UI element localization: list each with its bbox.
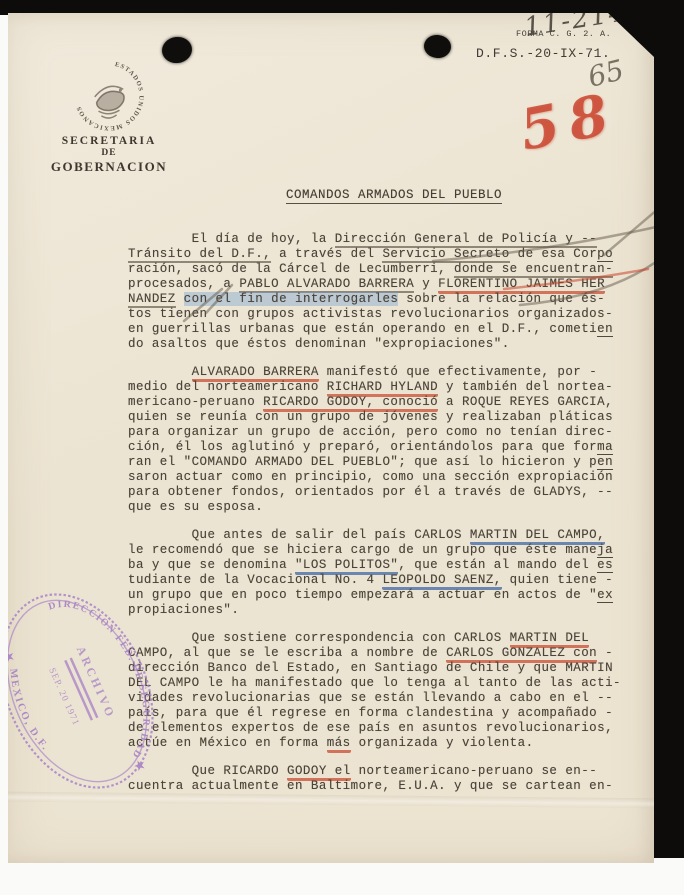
paragraph: ALVARADO BARRERA manifestó que efectivam…	[128, 365, 640, 515]
text-line: ran el "COMANDO ARMADO DEL PUEBLO"; que …	[128, 455, 640, 470]
paragraph: Que sostiene correspondencia con CARLOS …	[128, 631, 640, 751]
stamp-date-text: SEP. 20 1971	[46, 667, 80, 728]
text-line: propiaciones".	[128, 603, 640, 618]
stamp-star-icon: ★	[131, 755, 149, 775]
text-line: vidades revolucionarias que se están lle…	[128, 691, 640, 706]
text-line: ALVARADO BARRERA manifestó que efectivam…	[128, 365, 640, 380]
text-line: saron actuar como en principio, como una…	[128, 470, 640, 485]
text-line: quien se reunía con un grupo de jóvenes …	[128, 410, 640, 425]
text-line: CAMPO, al que se le escriba a nombre de …	[128, 646, 640, 661]
document-body: El día de hoy, la Dirección General de P…	[128, 232, 640, 807]
text-line: actúe en México en forma más organizada …	[128, 736, 640, 751]
eagle-emblem-icon	[95, 86, 124, 118]
letterhead-secretaria: SECRETARIA	[36, 135, 182, 147]
letterhead: ESTADOS UNIDOS MEXICANOS SECRETARIA DE G…	[36, 55, 182, 175]
paragraph: Que antes de salir del país CARLOS MARTI…	[128, 528, 640, 618]
letterhead-gobernacion: GOBERNACION	[36, 159, 182, 175]
text-line: para organizar un grupo de acción, pero …	[128, 425, 640, 440]
letterhead-de: DE	[36, 148, 182, 158]
paragraph: El día de hoy, la Dirección General de P…	[128, 232, 640, 352]
text-line: mericano-peruano RICARDO GODOY, conoció …	[128, 395, 640, 410]
scanned-document: 11-214 FORMA C. G. 2. A. D.F.S.-20-IX-71…	[0, 0, 684, 895]
text-line: tos tienen con grupos activistas revoluc…	[128, 307, 640, 322]
text-line: ción, él los aglutinó y preparó, orientá…	[128, 440, 640, 455]
stamp-star-icon: ★	[0, 646, 18, 666]
text-line: El día de hoy, la Dirección General de P…	[128, 232, 640, 247]
text-line: procesados, a PABLO ALVARADO BARRERA y F…	[128, 277, 640, 292]
text-line: en guerrillas urbanas que están operando…	[128, 322, 640, 337]
paragraph: Que RICARDO GODOY el norteamericano-peru…	[128, 764, 640, 794]
national-seal-icon: ESTADOS UNIDOS MEXICANOS	[68, 55, 150, 133]
text-line: Que antes de salir del país CARLOS MARTI…	[128, 528, 640, 543]
text-line: ración, sacó de la Cárcel de Lecumberri,…	[128, 262, 640, 277]
text-line: Que sostiene correspondencia con CARLOS …	[128, 631, 640, 646]
text-line: medio del norteamericano RICHARD HYLAND …	[128, 380, 640, 395]
text-line: DEL CAMPO le ha manifestado que lo tenga…	[128, 676, 640, 691]
text-line: que es su esposa.	[128, 500, 640, 515]
hole-punch-icon	[423, 34, 452, 60]
document-page: 11-214 FORMA C. G. 2. A. D.F.S.-20-IX-71…	[8, 13, 654, 863]
reference-number: D.F.S.-20-IX-71.	[476, 46, 610, 61]
form-number: FORMA C. G. 2. A.	[516, 29, 611, 39]
text-line: de elementos expertos de ese país en asu…	[128, 721, 640, 736]
text-line: NANDEZ con el fin de interrogarles sobre…	[128, 292, 640, 307]
text-line: Tránsito del D.F., a través del Servicio…	[128, 247, 640, 262]
text-line: cuentra actualmente en Baltimore, E.U.A.…	[128, 779, 640, 794]
text-line: tudiante de la Vocacional No. 4 LEOPOLDO…	[128, 573, 640, 588]
text-line: do asaltos que éstos denominan "expropia…	[128, 337, 640, 352]
text-line: le recomendó que se hiciera cargo de un …	[128, 543, 640, 558]
text-line: dirección Banco del Estado, en Santiago …	[128, 661, 640, 676]
text-line: Que RICARDO GODOY el norteamericano-peru…	[128, 764, 640, 779]
document-title: COMANDOS ARMADOS DEL PUEBLO	[286, 188, 502, 204]
text-line: para obtener fondos, orientados por él a…	[128, 485, 640, 500]
text-line: un grupo que en poco tiempo empezará a a…	[128, 588, 640, 603]
text-line: país, para que él regrese en forma cland…	[128, 706, 640, 721]
handwritten-red-number: 58	[515, 80, 624, 163]
text-line: ba y que se denomina "LOS POLITOS", que …	[128, 558, 640, 573]
